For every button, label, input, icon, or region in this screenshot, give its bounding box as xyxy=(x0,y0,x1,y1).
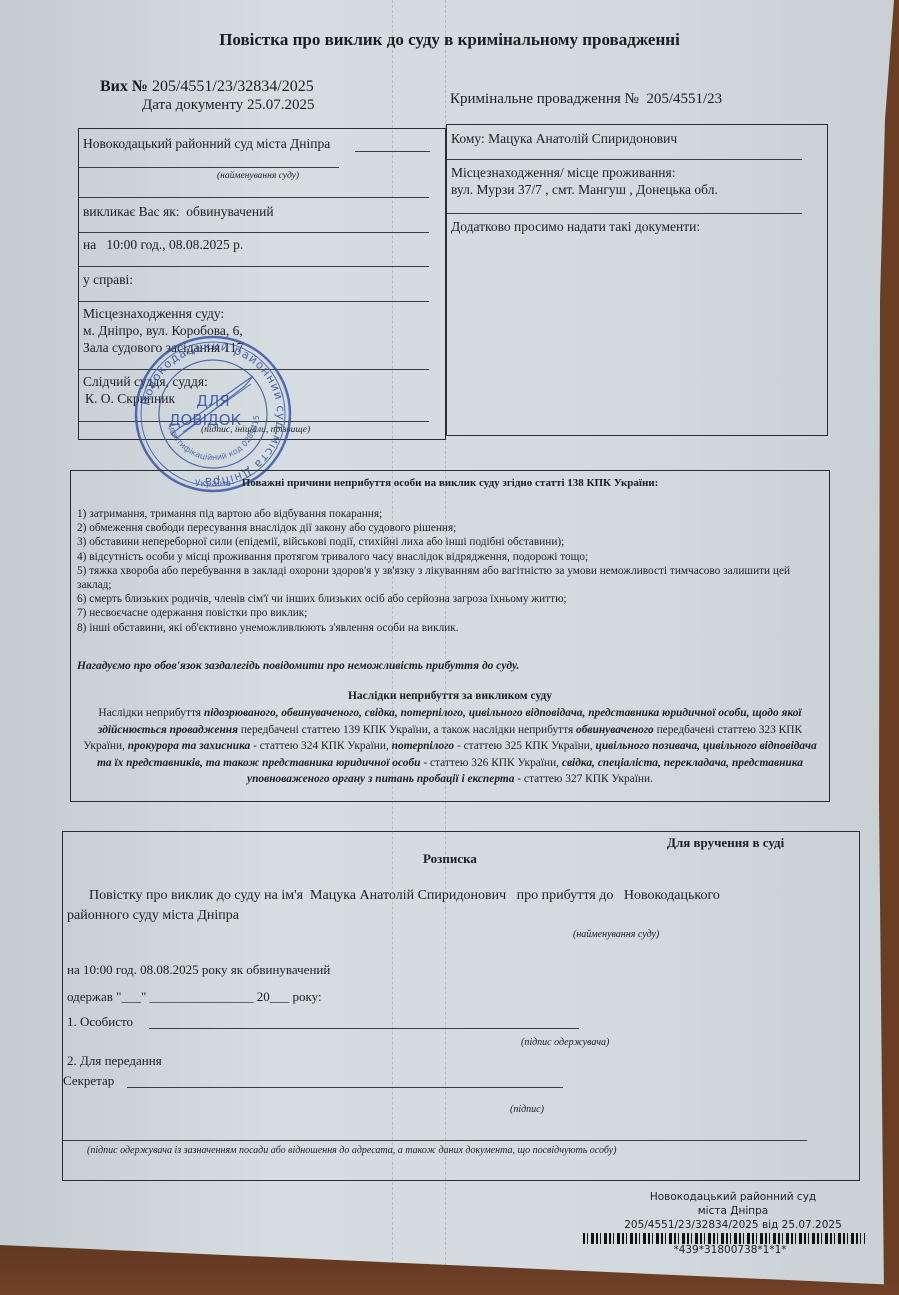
receipt-prefix: Повістку про виклик до суду на ім'я xyxy=(89,888,303,903)
consequences-emphasis: потерпілого xyxy=(392,740,454,752)
reason-item: 3) обставини непереборної сили (епідемії… xyxy=(77,535,822,549)
receipt-title: Розписка xyxy=(423,851,477,867)
receipt-mid: про прибуття до xyxy=(517,888,614,903)
case-label: у справі: xyxy=(83,272,133,288)
consequences-emphasis: прокурора та захисника xyxy=(128,740,251,752)
court-name: Новокодацький районний суд міста Дніпра xyxy=(83,136,330,152)
reason-item: 1) затримання, тримання під вартою або в… xyxy=(77,507,822,521)
consequences-heading: Наслідки неприбуття за викликом суду xyxy=(71,690,829,702)
document-date: Дата документу 25.07.2025 xyxy=(142,97,314,114)
underline xyxy=(79,167,339,168)
personally-caption: (підпис одержувача) xyxy=(521,1037,609,1048)
recipient-name: Мацука Анатолій Спиридонович xyxy=(488,131,677,146)
personally-signature-line xyxy=(149,1028,579,1029)
document-page: Повістка про виклик до суду в кримінальн… xyxy=(0,0,899,1295)
consequences-segment: Наслідки неприбуття xyxy=(98,707,203,719)
reason-item: 6) смерть близьких родичів, членів сім'ї… xyxy=(77,592,822,606)
secretary-label: Секретар xyxy=(63,1073,114,1089)
receipt-box: Для вручення в суді Розписка Повістку пр… xyxy=(62,831,860,1181)
underline xyxy=(447,159,802,160)
residence-value: вул. Мурзи 37/7 , смт. Мангуш , Донецька… xyxy=(451,182,718,198)
recipient-signature-line xyxy=(63,1140,807,1141)
consequences-segment: - статтею 326 КПК України, xyxy=(420,757,561,769)
barcode-icon xyxy=(583,1233,865,1244)
svg-text:ДОВІДОК: ДОВІДОК xyxy=(169,411,242,429)
criminal-case-label: Кримінальне провадження № xyxy=(450,91,639,107)
document-date-value: 25.07.2025 xyxy=(247,97,315,113)
outgoing-number: Вих № 205/4551/23/32834/2025 xyxy=(100,78,314,96)
reasons-list: 1) затримання, тримання під вартою або в… xyxy=(77,507,822,635)
reason-item: 7) несвоєчасне одержання повістки про ви… xyxy=(77,606,822,620)
reason-item: 5) тяжка хвороба або перебування в закла… xyxy=(77,564,797,592)
recipient-label: Кому: xyxy=(451,131,485,146)
received-date-line: одержав "___" ________________ 20___ рок… xyxy=(67,989,322,1005)
valid-reasons-box: Поважні причини неприбуття особи на викл… xyxy=(70,470,830,802)
underline xyxy=(447,213,802,214)
court-location-label: Місцезнаходження суду: xyxy=(83,306,224,322)
document-date-label: Дата документу xyxy=(142,97,243,113)
transfer-label: 2. Для передання xyxy=(67,1053,162,1069)
receipt-court-part1: Новокодацького xyxy=(624,888,720,903)
reasons-heading: Поважні причини неприбуття особи на викл… xyxy=(71,477,829,489)
receipt-line1: Повістку про виклик до суду на ім'я Мацу… xyxy=(89,888,720,904)
underline xyxy=(79,266,429,267)
underline xyxy=(79,197,429,198)
hearing-time-value: 10:00 год., 08.08.2025 р. xyxy=(106,237,243,252)
secretary-caption: (підпис) xyxy=(510,1104,544,1115)
consequences-segment: - статтею 327 КПК України. xyxy=(514,773,653,785)
personally-label: 1. Особисто xyxy=(67,1014,133,1030)
secretary-signature-line xyxy=(127,1087,563,1088)
footer-court-line1: Новокодацький районний суд xyxy=(583,1191,883,1204)
document-title: Повістка про виклик до суду в кримінальн… xyxy=(0,30,899,50)
recipient: Кому: Мацука Анатолій Спиридонович xyxy=(451,131,677,147)
footer-doc-ref: 205/4551/23/32834/2025 від 25.07.2025 xyxy=(583,1219,883,1232)
consequences-text: Наслідки неприбуття підозрюваного, обвин… xyxy=(77,705,823,788)
hearing-time: на 10:00 год., 08.08.2025 р. xyxy=(83,237,243,253)
consequences-emphasis: обвинуваченого xyxy=(576,724,654,736)
receipt-time-line: на 10:00 год. 08.08.2025 року як обвинув… xyxy=(67,962,330,978)
consequences-segment: - статтею 325 КПК України, xyxy=(454,740,595,752)
residence-label: Місцезнаходження/ місце проживання: xyxy=(451,165,675,181)
consequences-segment: - статтею 324 КПК України, xyxy=(250,740,391,752)
receipt-court-caption: (найменування суду) xyxy=(573,929,659,940)
hearing-time-prefix: на xyxy=(83,237,96,252)
footer-court-line2: міста Дніпра xyxy=(583,1205,883,1218)
receipt-name: Мацука Анатолій Спиридонович xyxy=(310,888,506,903)
recipient-signature-caption: (підпис одержувача із зазначенням посади… xyxy=(87,1145,617,1156)
svg-text:ДЛЯ: ДЛЯ xyxy=(196,392,229,410)
reason-item: 4) відсутність особи у місці проживання … xyxy=(77,550,822,564)
summons-as-value: обвинувачений xyxy=(186,204,273,219)
reminder-note: Нагадуємо про обов'язок заздалегідь пові… xyxy=(77,660,519,672)
recipient-box: Кому: Мацука Анатолій Спиридонович Місце… xyxy=(446,124,828,436)
outgoing-label: Вих № xyxy=(100,78,148,95)
outgoing-number-value: 205/4551/23/32834/2025 xyxy=(152,78,314,95)
barcode-text: *439*31800738*1*1* xyxy=(580,1244,880,1257)
criminal-case: Кримінальне провадження № 205/4551/23 xyxy=(450,91,722,108)
court-name-caption: (найменування суду) xyxy=(217,171,299,181)
reason-item: 8) інші обставини, які об'єктивно унемож… xyxy=(77,621,822,635)
underline xyxy=(355,151,430,152)
summons-as: викликає Вас як: обвинувачений xyxy=(83,204,274,220)
receipt-court-part2: районного суду міста Дніпра xyxy=(67,908,239,924)
reason-item: 2) обмеження свободи пересування внаслід… xyxy=(77,521,822,535)
underline xyxy=(79,301,429,302)
summons-as-label: викликає Вас як: xyxy=(83,204,180,219)
underline xyxy=(79,232,429,233)
for-court-label: Для вручення в суді xyxy=(667,835,784,851)
consequences-segment: передбачені статтею 139 КПК України, а т… xyxy=(238,724,576,736)
criminal-case-number: 205/4551/23 xyxy=(646,91,722,107)
documents-request-label: Додатково просимо надати такі документи: xyxy=(451,219,700,235)
